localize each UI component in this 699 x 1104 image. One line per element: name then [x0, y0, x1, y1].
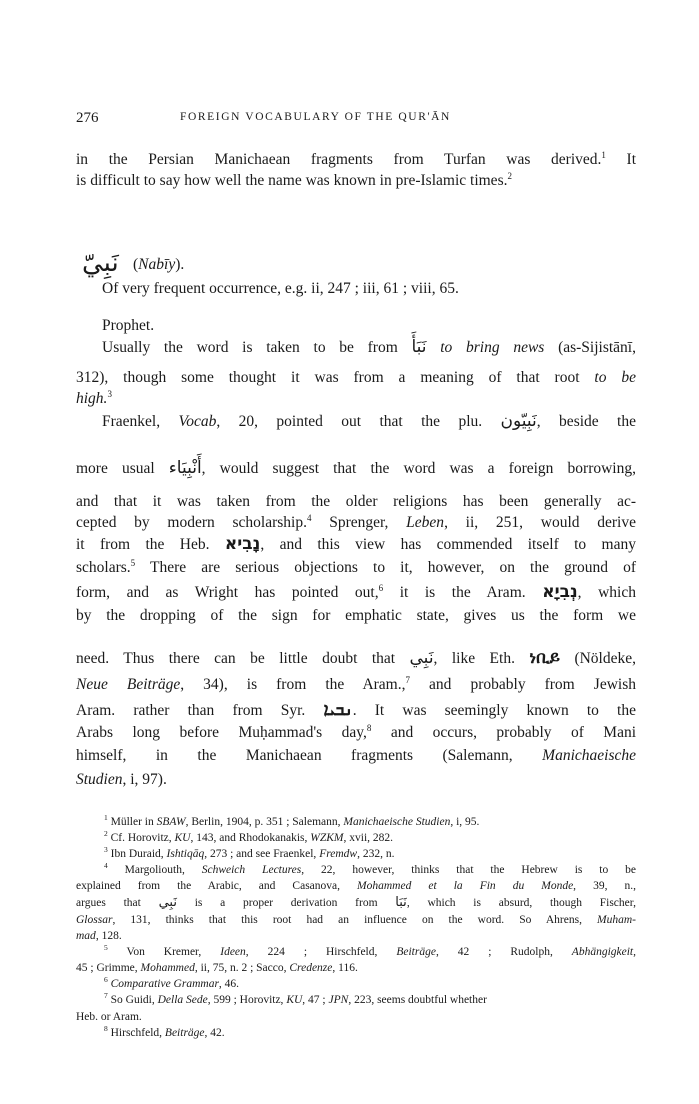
arabic-word: نَبِيّون: [501, 411, 537, 431]
body-line: it from the Heb. נָבִיא, and this view h…: [76, 534, 636, 555]
arabic-word: أَنْبِيَاء: [169, 458, 202, 478]
footnote-cont: mad, 128.: [76, 929, 636, 943]
arabic-word: نَبِي: [410, 648, 434, 668]
body-line: scholars.5 There are serious objections …: [76, 558, 636, 578]
page-number: 276: [76, 110, 99, 127]
footnote-cont: argues that نَبِي is a proper derivation…: [76, 896, 636, 910]
footnote-cont: 45 ; Grimme, Mohammed, ii, 75, n. 2 ; Sa…: [76, 961, 636, 975]
footnote-ref[interactable]: 2: [507, 171, 512, 181]
syriac-word: ܢܒܝܐ: [323, 700, 352, 720]
footnote-ref[interactable]: 3: [107, 389, 112, 399]
body-line: Studien, i, 97).: [76, 770, 636, 790]
aramaic-word: נְבִיָא: [542, 582, 577, 602]
body-line: Arabs long before Muḥammad's day,8 and o…: [76, 723, 636, 743]
footnote: 1 Müller in SBAW, Berlin, 1904, p. 351 ;…: [104, 815, 636, 829]
body-line: form, and as Wright has pointed out,6 it…: [76, 582, 636, 603]
hebrew-word: נָבִיא: [225, 534, 260, 554]
body-line: Usually the word is taken to be from نَب…: [102, 337, 636, 358]
body-line: by the dropping of the sign for emphatic…: [76, 606, 636, 626]
body-line: high.3: [76, 389, 636, 409]
arabic-word: نَبَأَ: [411, 337, 426, 357]
body-line: Fraenkel, Vocab, 20, pointed out that th…: [102, 411, 636, 432]
body-line: himself, in the Manichaean fragments (Sa…: [76, 746, 636, 766]
footnote: 4 Margoliouth, Schweich Lectures, 22, ho…: [104, 863, 636, 877]
footnote: 2 Cf. Horovitz, KU, 143, and Rhodokanaki…: [104, 831, 636, 845]
body-line: cepted by modern scholarship.4 Sprenger,…: [76, 513, 636, 533]
running-title: FOREIGN VOCABULARY OF THE QUR'ĀN: [180, 111, 451, 123]
footnote: 5 Von Kremer, Ideen, 224 ; Hirschfeld, B…: [104, 945, 636, 959]
footnote: 7 So Guidi, Della Sede, 599 ; Horovitz, …: [104, 993, 636, 1007]
body-line: more usual أَنْبِيَاء, would suggest tha…: [76, 458, 636, 479]
footnote-cont: explained from the Arabic, and Casanova,…: [76, 879, 636, 893]
book-page: 276 FOREIGN VOCABULARY OF THE QUR'ĀN in …: [0, 0, 699, 1104]
body-line: in the Persian Manichaean fragments from…: [76, 150, 636, 170]
footnote: 8 Hirschfeld, Beiträge, 42.: [104, 1026, 636, 1040]
body-line: need. Thus there can be little doubt tha…: [76, 648, 636, 669]
meaning-line: Prophet.: [102, 316, 636, 336]
headword-transliteration: (Nabīy).: [133, 256, 184, 274]
ethiopic-word: ነቢይ: [529, 648, 560, 668]
footnote-cont: Glossar, 131, thinks that this root had …: [76, 913, 636, 927]
headword-arabic: نَبِيّ: [82, 248, 119, 278]
occurrence-line: Of very frequent occurrence, e.g. ii, 24…: [102, 279, 636, 299]
body-line: and that it was taken from the older rel…: [76, 492, 636, 512]
body-line: Neue Beiträge, 34), is from the Aram.,7 …: [76, 675, 636, 695]
footnote: 6 Comparative Grammar, 46.: [104, 977, 636, 991]
body-line: Aram. rather than from Syr. ܢܒܝܐ. It was…: [76, 700, 636, 721]
footnote-cont: Heb. or Aram.: [76, 1010, 636, 1024]
body-line: 312), though some thought it was from a …: [76, 368, 636, 388]
body-line: is difficult to say how well the name wa…: [76, 171, 636, 191]
footnote: 3 Ibn Duraid, Ishtiqāq, 273 ; and see Fr…: [104, 847, 636, 861]
running-head: 276 FOREIGN VOCABULARY OF THE QUR'ĀN: [76, 110, 636, 130]
